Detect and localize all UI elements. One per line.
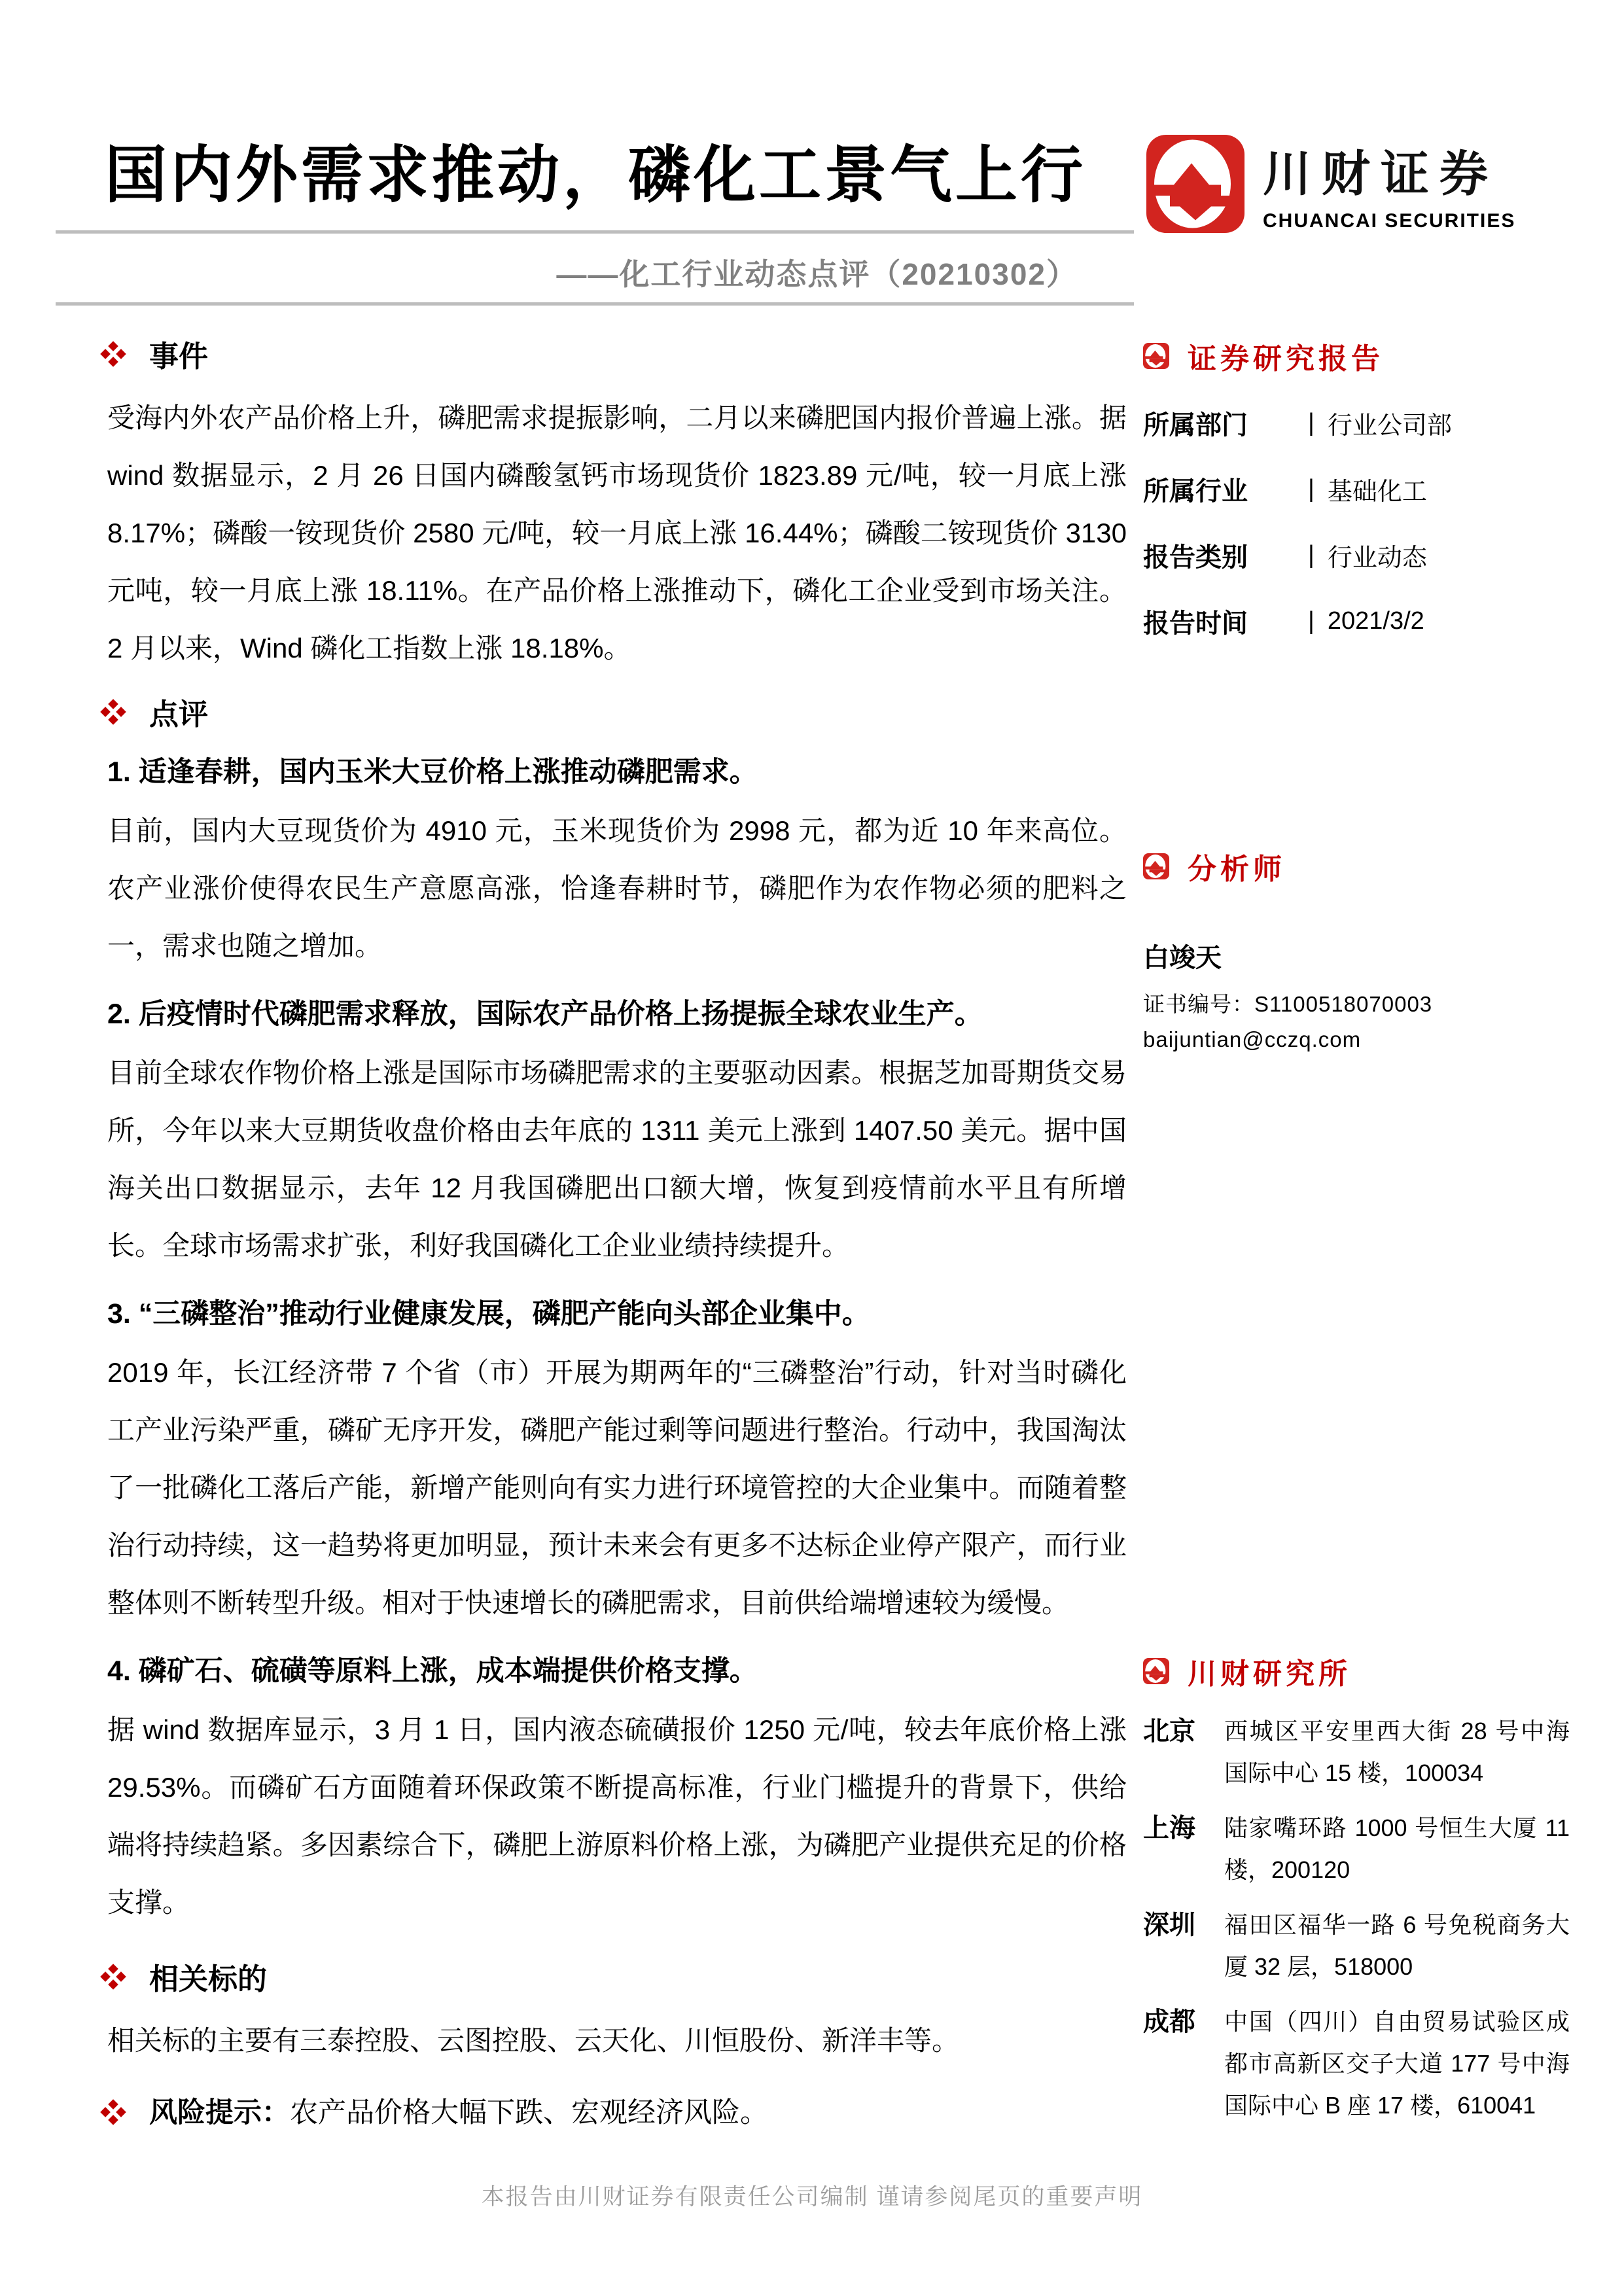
comment-point-body-3: 2019 年，长江经济带 7 个省（市）开展为期两年的“三磷整治”行动，针对当时… [98,1344,1127,1632]
main-content: 事件 受海内外农产品价格上升，磷肥需求提振影响，二月以来磷肥国内报价普遍上涨。据… [98,332,1127,2134]
section-heading-label: 点评 [149,690,208,733]
institute-heading-row: 川财研究所 [1143,1650,1570,1692]
report-subtitle: ——化工行业动态点评（20210302） [56,251,1078,294]
office-beijing: 北京 西城区平安里西大街 28 号中海国际中心 15 楼，100034 [1143,1710,1570,1794]
office-shanghai: 上海 陆家嘴环路 1000 号恒生大厦 11 楼，200120 [1143,1807,1570,1891]
analyst-certificate: 证书编号：S1100518070003 [1143,987,1568,1018]
office-chengdu: 成都 中国（四川）自由贸易试验区成都市高新区交子大道 177 号中海国际中心 B… [1143,2001,1570,2127]
sidebar-banner: 证券研究报告 [1143,335,1384,377]
meta-row-category: 报告类别 | 行业动态 [1143,522,1568,588]
meta-value: 行业公司部 [1328,405,1452,441]
sidebar-analyst: 分析师 白竣天 证书编号：S1100518070003 baijuntian@c… [1143,845,1568,1052]
comment-point-body-2: 目前全球农作物价格上涨是国际市场磷肥需求的主要驱动因素。根据芝加哥期货交易所，今… [98,1044,1127,1275]
office-address: 西城区平安里西大街 28 号中海国际中心 15 楼，100034 [1224,1710,1570,1794]
meta-row-department: 所属部门 | 行业公司部 [1143,390,1568,456]
analyst-name: 白竣天 [1143,937,1568,974]
office-city: 上海 [1143,1807,1224,1891]
brand-name-en: CHUANCAI SECURITIES [1263,210,1515,232]
chuancai-logo-icon [1146,134,1244,234]
diamond-bullet-icon [98,697,128,727]
comment-point-title-1: 1. 适逢春耕，国内玉米大豆价格上涨推动磷肥需求。 [98,751,1127,793]
comment-point-title-2: 2. 后疫情时代磷肥需求释放，国际农产品价格上扬提振全球农业生产。 [98,993,1127,1035]
brand-name-cn: 川财证券 [1263,135,1515,205]
chuancai-logo-icon [1143,343,1169,369]
brand-text: 川财证券 CHUANCAI SECURITIES [1263,135,1515,232]
analyst-email: baijuntian@cczq.com [1143,1027,1568,1052]
office-address: 福田区福华一路 6 号免税商务大厦 32 层，518000 [1224,1904,1570,1988]
chuancai-logo-icon [1143,1658,1169,1684]
office-address: 中国（四川）自由贸易试验区成都市高新区交子大道 177 号中海国际中心 B 座 … [1224,2001,1570,2127]
analyst-heading: 分析师 [1188,845,1286,887]
risk-heading: 风险提示： [149,2097,290,2128]
comment-point-title-4: 4. 磷矿石、硫磺等原料上涨，成本端提供价格支撑。 [98,1650,1127,1692]
risk-body: 农产品价格大幅下跌、宏观经济风险。 [290,2097,768,2128]
event-paragraph: 受海内外农产品价格上升，磷肥需求提振影响，二月以来磷肥国内报价普遍上涨。据 wi… [98,389,1127,677]
diamond-bullet-icon [98,339,128,369]
office-city: 深圳 [1143,1904,1224,1988]
comment-point-body-4: 据 wind 数据库显示，3 月 1 日，国内液态硫磺报价 1250 元/吨，较… [98,1701,1127,1932]
office-city: 成都 [1143,2001,1224,2127]
sidebar-meta: 所属部门 | 行业公司部 所属行业 | 基础化工 报告类别 | 行业动态 报告时… [1143,390,1568,654]
analyst-heading-row: 分析师 [1143,845,1568,887]
section-related-heading: 相关标的 [98,1955,1127,1998]
comment-point-title-3: 3. “三磷整治”推动行业健康发展，磷肥产能向头部企业集中。 [98,1293,1127,1335]
header-divider-bottom [56,302,1134,306]
institute-heading: 川财研究所 [1188,1650,1351,1692]
section-heading-label: 事件 [149,332,208,375]
meta-value: 2021/3/2 [1328,607,1424,635]
meta-row-date: 报告时间 | 2021/3/2 [1143,588,1568,654]
chuancai-logo-icon [1143,853,1169,879]
section-comment-heading: 点评 [98,690,1127,733]
meta-label: 所属部门 [1143,404,1308,442]
page-title: 国内外需求推动，磷化工景气上行 [105,126,1132,215]
header-divider-top [56,230,1134,234]
meta-separator: | [1308,607,1315,635]
meta-separator: | [1308,541,1315,569]
brand-logo-block: 川财证券 CHUANCAI SECURITIES [1146,134,1515,234]
diamond-bullet-icon [98,1962,128,1992]
office-city: 北京 [1143,1710,1224,1794]
office-shenzhen: 深圳 福田区福华一路 6 号免税商务大厦 32 层，518000 [1143,1904,1570,1988]
related-paragraph: 相关标的主要有三泰控股、云图控股、云天化、川恒股份、新洋丰等。 [98,2012,1127,2070]
risk-line: 风险提示：农产品价格大幅下跌、宏观经济风险。 [149,2092,768,2134]
meta-row-industry: 所属行业 | 基础化工 [1143,456,1568,522]
sidebar-research-institute: 川财研究所 北京 西城区平安里西大街 28 号中海国际中心 15 楼，10003… [1143,1650,1570,2140]
meta-separator: | [1308,409,1315,437]
page-footer-disclaimer: 本报告由川财证券有限责任公司编制 谨请参阅尾页的重要声明 [0,2179,1624,2212]
meta-label: 报告时间 [1143,603,1308,640]
meta-value: 基础化工 [1328,471,1427,507]
section-heading-label: 相关标的 [149,1955,267,1998]
office-address: 陆家嘴环路 1000 号恒生大厦 11 楼，200120 [1224,1807,1570,1891]
section-event-heading: 事件 [98,332,1127,375]
meta-value: 行业动态 [1328,537,1427,573]
section-risk: 风险提示：农产品价格大幅下跌、宏观经济风险。 [98,2092,1127,2134]
meta-separator: | [1308,475,1315,503]
diamond-bullet-icon [98,2097,128,2127]
comment-point-body-1: 目前，国内大豆现货价为 4910 元，玉米现货价为 2998 元，都为近 10 … [98,802,1127,975]
meta-label: 报告类别 [1143,537,1308,574]
sidebar-banner-label: 证券研究报告 [1188,335,1384,377]
meta-label: 所属行业 [1143,470,1308,508]
